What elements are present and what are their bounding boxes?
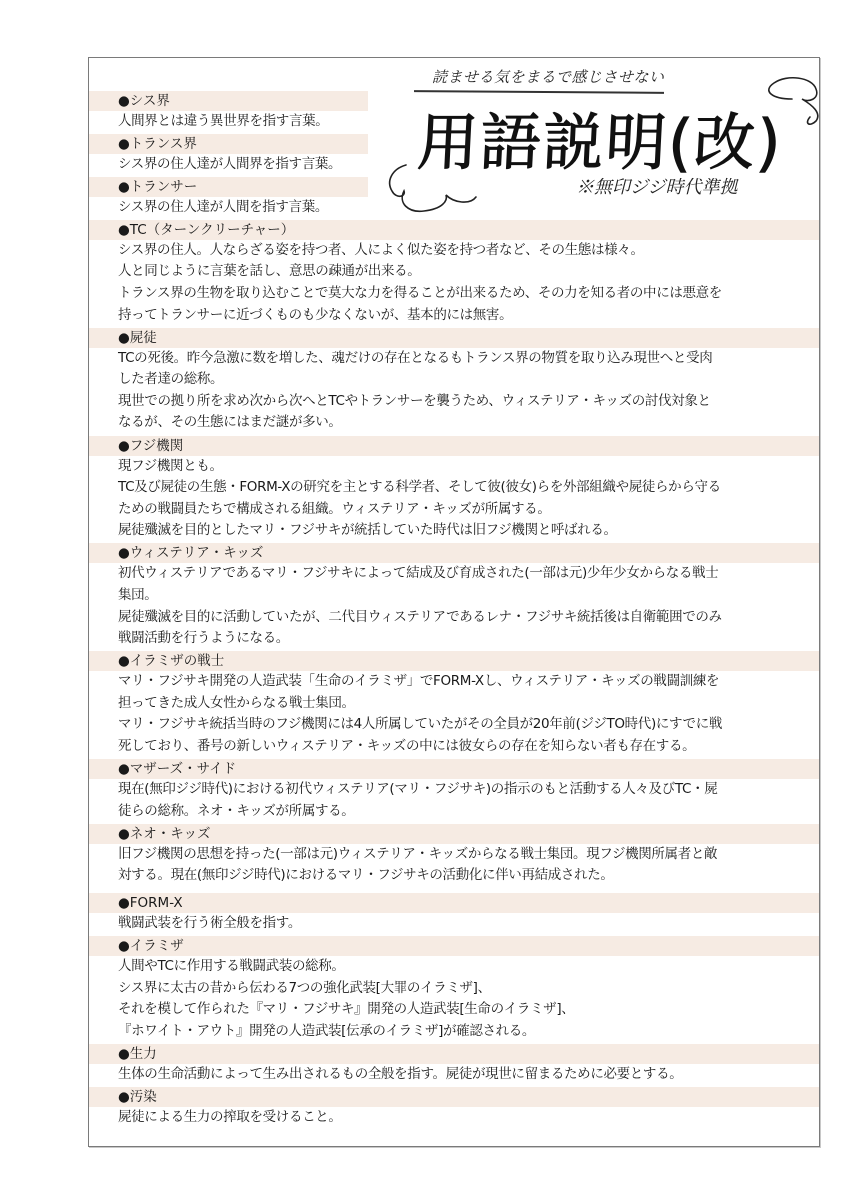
definition-line: 担ってきた成人女性からなる戦士集団。 [118, 693, 811, 715]
term-heading: ●イラミザ [89, 936, 819, 956]
definition-line: した者達の総称。 [118, 369, 811, 391]
definition-line: なるが、その生態にはまだ謎が多い。 [118, 412, 811, 434]
term-definition: 旧フジ機関の思想を持った(一部は元)ウィステリア・キッズからなる戦士集団。現フジ… [89, 844, 819, 887]
definition-line: シス界の住人達が人間界を指す言葉。 [118, 154, 811, 176]
term-heading: ●生力 [89, 1044, 819, 1064]
glossary-entry: ●シス界 人間界とは違う異世界を指す言葉。 [89, 91, 819, 133]
definition-line: TC及び屍徒の生態・FORM-Xの研究を主とする科学者、そして彼(彼女)らを外部… [118, 477, 811, 499]
term-definition: 現フジ機関とも。 TC及び屍徒の生態・FORM-Xの研究を主とする科学者、そして… [89, 456, 819, 542]
term-definition: シス界の住人達が人間を指す言葉。 [89, 197, 819, 219]
definition-line: 人と同じように言葉を話し、意思の疎通が出来る。 [118, 261, 811, 283]
definition-line: 死しており、番号の新しいウィステリア・キッズの中には彼女らの存在を知らない者も存… [118, 736, 811, 758]
definition-line: 人間やTCに作用する戦闘武装の総称。 [118, 956, 811, 978]
glossary-entry: ●フジ機関 現フジ機関とも。 TC及び屍徒の生態・FORM-Xの研究を主とする科… [89, 436, 819, 542]
term-heading: ●マザーズ・サイド [89, 759, 819, 779]
definition-line: 集団。 [118, 585, 811, 607]
glossary-entry: ●TC（ターンクリーチャー） シス界の住人。人ならざる姿を持つ者、人によく似た姿… [89, 220, 819, 326]
glossary-page: 読ませる気をまるで感じさせない 用語説明(改) ※無印ジジ時代準拠 ●シス界 人… [88, 57, 820, 1147]
term-definition: マリ・フジサキ開発の人造武装「生命のイラミザ」でFORM-Xし、ウィステリア・キ… [89, 671, 819, 757]
glossary-entry: ●生力 生体の生命活動によって生み出されるもの全般を指す。屍徒が現世に留まるため… [89, 1044, 819, 1086]
definition-line: 旧フジ機関の思想を持った(一部は元)ウィステリア・キッズからなる戦士集団。現フジ… [118, 844, 811, 866]
term-heading: ●TC（ターンクリーチャー） [89, 220, 819, 240]
definition-line: マリ・フジサキ開発の人造武装「生命のイラミザ」でFORM-Xし、ウィステリア・キ… [118, 671, 811, 693]
glossary-entry: ●イラミザの戦士 マリ・フジサキ開発の人造武装「生命のイラミザ」でFORM-Xし… [89, 651, 819, 757]
term-heading: ●トランサー [89, 177, 368, 197]
definition-line: ための戦闘員たちで構成される組織。ウィステリア・キッズが所属する。 [118, 499, 811, 521]
term-heading: ●FORM-X [89, 893, 819, 913]
term-definition: 屍徒による生力の搾取を受けること。 [89, 1107, 819, 1129]
term-definition: 戦闘武装を行う術全般を指す。 [89, 913, 819, 935]
term-heading: ●イラミザの戦士 [89, 651, 819, 671]
term-heading: ●シス界 [89, 91, 368, 111]
definition-line: 持ってトランサーに近づくものも少なくないが、基本的には無害。 [118, 305, 811, 327]
definition-line: 生体の生命活動によって生み出されるもの全般を指す。屍徒が現世に留まるために必要と… [118, 1064, 811, 1086]
term-heading: ●汚染 [89, 1087, 819, 1107]
definition-line: それを模して作られた『マリ・フジサキ』開発の人造武装[生命のイラミザ]、 [118, 999, 811, 1021]
definition-line: 戦闘武装を行う術全般を指す。 [118, 913, 811, 935]
definition-line: 初代ウィステリアであるマリ・フジサキによって結成及び育成された(一部は元)少年少… [118, 563, 811, 585]
definition-line: 現世での拠り所を求め次から次へとTCやトランサーを襲うため、ウィステリア・キッズ… [118, 391, 811, 413]
glossary-entry: ●ウィステリア・キッズ 初代ウィステリアであるマリ・フジサキによって結成及び育成… [89, 543, 819, 649]
title-subtitle: 読ませる気をまるで感じさせない [432, 66, 664, 87]
glossary-entry: ●マザーズ・サイド 現在(無印ジジ時代)における初代ウィステリア(マリ・フジサキ… [89, 759, 819, 822]
glossary-entry: ●トランス界 シス界の住人達が人間界を指す言葉。 [89, 134, 819, 176]
term-heading: ●フジ機関 [89, 436, 819, 456]
term-definition: 初代ウィステリアであるマリ・フジサキによって結成及び育成された(一部は元)少年少… [89, 563, 819, 649]
definition-line: 屍徒による生力の搾取を受けること。 [118, 1107, 811, 1129]
term-definition: 生体の生命活動によって生み出されるもの全般を指す。屍徒が現世に留まるために必要と… [89, 1064, 819, 1086]
term-definition: シス界の住人達が人間界を指す言葉。 [89, 154, 819, 176]
term-heading: ●トランス界 [89, 134, 368, 154]
definition-line: シス界の住人。人ならざる姿を持つ者、人によく似た姿を持つ者など、その生態は様々。 [118, 240, 811, 262]
definition-line: 現フジ機関とも。 [118, 456, 811, 478]
term-definition: TCの死後。昨今急激に数を増した、魂だけの存在となるもトランス界の物質を取り込み… [89, 348, 819, 434]
definition-line: 屍徒殲滅を目的としたマリ・フジサキが統括していた時代は旧フジ機関と呼ばれる。 [118, 520, 811, 542]
glossary-list: ●シス界 人間界とは違う異世界を指す言葉。 ●トランス界 シス界の住人達が人間界… [89, 89, 819, 1129]
term-heading: ●ネオ・キッズ [89, 824, 819, 844]
glossary-entry: ●汚染 屍徒による生力の搾取を受けること。 [89, 1087, 819, 1129]
glossary-entry: ●トランサー シス界の住人達が人間を指す言葉。 [89, 177, 819, 219]
definition-line: トランス界の生物を取り込むことで莫大な力を得ることが出来るため、その力を知る者の… [118, 283, 811, 305]
definition-line: 現在(無印ジジ時代)における初代ウィステリア(マリ・フジサキ)の指示のもと活動す… [118, 779, 811, 801]
definition-line: 対する。現在(無印ジジ時代)におけるマリ・フジサキの活動化に伴い再結成された。 [118, 865, 811, 887]
definition-line: 人間界とは違う異世界を指す言葉。 [118, 111, 811, 133]
term-heading: ●ウィステリア・キッズ [89, 543, 819, 563]
glossary-entry: ●ネオ・キッズ 旧フジ機関の思想を持った(一部は元)ウィステリア・キッズからなる… [89, 824, 819, 887]
term-definition: シス界の住人。人ならざる姿を持つ者、人によく似た姿を持つ者など、その生態は様々。… [89, 240, 819, 326]
definition-line: 戦闘活動を行うようになる。 [118, 628, 811, 650]
definition-line: シス界の住人達が人間を指す言葉。 [118, 197, 811, 219]
term-definition: 人間やTCに作用する戦闘武装の総称。 シス界に太古の昔から伝わる7つの強化武装[… [89, 956, 819, 1042]
glossary-entry: ●FORM-X 戦闘武装を行う術全般を指す。 [89, 893, 819, 935]
definition-line: TCの死後。昨今急激に数を増した、魂だけの存在となるもトランス界の物質を取り込み… [118, 348, 811, 370]
definition-line: 徒らの総称。ネオ・キッズが所属する。 [118, 801, 811, 823]
glossary-entry: ●屍徒 TCの死後。昨今急激に数を増した、魂だけの存在となるもトランス界の物質を… [89, 328, 819, 434]
term-definition: 現在(無印ジジ時代)における初代ウィステリア(マリ・フジサキ)の指示のもと活動す… [89, 779, 819, 822]
definition-line: 『ホワイト・アウト』開発の人造武装[伝承のイラミザ]が確認される。 [118, 1021, 811, 1043]
glossary-entry: ●イラミザ 人間やTCに作用する戦闘武装の総称。 シス界に太古の昔から伝わる7つ… [89, 936, 819, 1042]
definition-line: 屍徒殲滅を目的に活動していたが、二代目ウィステリアであるレナ・フジサキ統括後は自… [118, 607, 811, 629]
definition-line: マリ・フジサキ統括当時のフジ機関には4人所属していたがその全員が20年前(ジジT… [118, 714, 811, 736]
term-definition: 人間界とは違う異世界を指す言葉。 [89, 111, 819, 133]
definition-line: シス界に太古の昔から伝わる7つの強化武装[大罪のイラミザ]、 [118, 978, 811, 1000]
term-heading: ●屍徒 [89, 328, 819, 348]
